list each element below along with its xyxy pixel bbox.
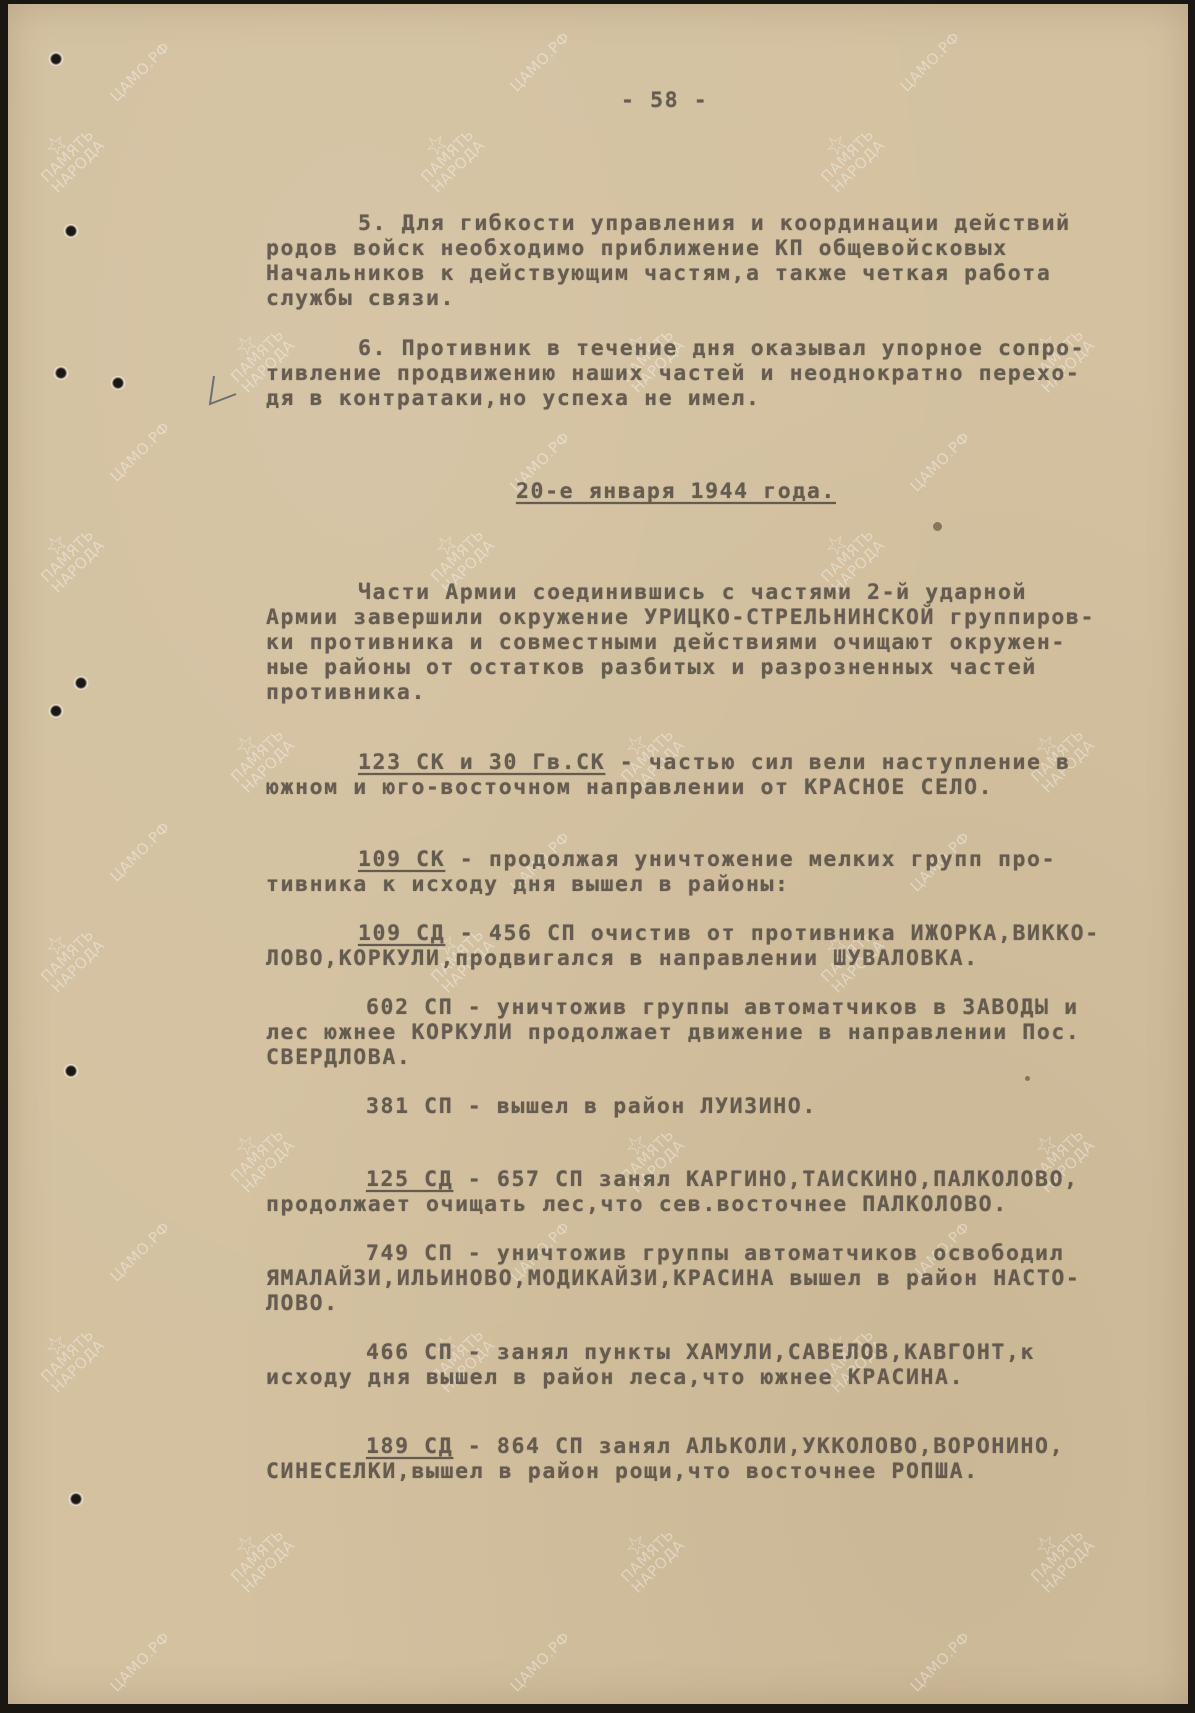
text-line: 749 СП - уничтожив группы автоматчиков о… xyxy=(366,1241,1064,1266)
text-line: дя в контратаки,но успеха не имел. xyxy=(266,386,761,411)
watermark-camo: ЦАМО.РФ xyxy=(898,30,963,95)
text-line: южном и юго-восточном направлении от КРА… xyxy=(266,775,993,800)
ink-speck xyxy=(933,522,942,531)
watermark-pamyat-naroda: ☆ПАМЯТЬНАРОДА xyxy=(28,916,107,995)
unit-label: 123 СК и 30 Гв.СК xyxy=(358,750,605,775)
punch-hole xyxy=(63,224,79,238)
punch-hole xyxy=(110,376,126,390)
watermark-camo: ЦАМО.РФ xyxy=(108,40,173,105)
text-line: Армии завершили окружение УРИЦКО-СТРЕЛЬН… xyxy=(266,605,1095,630)
text-line: лес южнее КОРКУЛИ продолжает движение в … xyxy=(266,1020,1080,1045)
text-line: тивление продвижению наших частей и неод… xyxy=(266,361,1080,386)
text-line: противника. xyxy=(266,680,426,705)
text-line: 125 СД - 657 СП занял КАРГИНО,ТАИСКИНО,П… xyxy=(366,1167,1079,1192)
text-line: 189 СД - 864 СП занял АЛЬКОЛИ,УККОЛОВО,В… xyxy=(366,1434,1064,1459)
watermark-camo: ЦАМО.РФ xyxy=(108,420,173,485)
punch-hole xyxy=(73,676,89,690)
watermark-pamyat-naroda: ☆ПАМЯТЬНАРОДА xyxy=(408,116,487,195)
document-page: ЦАМО.РФ ЦАМО.РФ ЦАМО.РФ ЦАМО.РФ ЦАМО.РФ … xyxy=(8,4,1188,1704)
ink-speck xyxy=(1025,1076,1030,1081)
watermark-pamyat-naroda: ☆ПАМЯТЬНАРОДА xyxy=(28,116,107,195)
text-line: 5. Для гибкости управления и координации… xyxy=(358,211,1071,236)
page-number: - 58 - xyxy=(621,88,708,113)
watermark-pamyat-naroda: ☆ПАМЯТЬНАРОДА xyxy=(218,1116,297,1195)
watermark-camo: ЦАМО.РФ xyxy=(908,430,973,495)
text-line: СВЕРДЛОВА. xyxy=(266,1045,411,1070)
text-line: Начальников к действующим частям,а также… xyxy=(266,261,1051,286)
text-line: СИНЕСЕЛКИ,вышел в район рощи,что восточн… xyxy=(266,1459,979,1484)
text-line: 123 СК и 30 Гв.СК - частью сил вели наст… xyxy=(358,750,1071,775)
text-line: ные районы от остатков разбитых и разроз… xyxy=(266,655,1037,680)
watermark-pamyat-naroda: ☆ПАМЯТЬНАРОДА xyxy=(28,1316,107,1395)
text-line: 466 СП - занял пункты ХАМУЛИ,САВЕЛОВ,КАВ… xyxy=(366,1340,1035,1365)
text-line: службы связи. xyxy=(266,286,455,311)
watermark-pamyat-naroda: ☆ПАМЯТЬНАРОДА xyxy=(808,116,887,195)
punch-hole xyxy=(63,1064,79,1078)
watermark-camo: ЦАМО.РФ xyxy=(108,1630,173,1695)
watermark-pamyat-naroda: ☆ПАМЯТЬНАРОДА xyxy=(1018,1516,1097,1595)
watermark-camo: ЦАМО.РФ xyxy=(108,820,173,885)
punch-hole xyxy=(48,52,64,66)
section-381-sp: 381 СП - вышел в район ЛУИЗИНО. xyxy=(366,1094,817,1119)
unit-label: 109 СД xyxy=(358,921,445,946)
text-line: тивника к исходу дня вышел в районы: xyxy=(266,872,790,897)
text-line: 109 СД - 456 СП очистив от противника ИЖ… xyxy=(358,921,1100,946)
watermark-camo: ЦАМО.РФ xyxy=(508,1630,573,1695)
text-line: ЯМАЛАЙЗИ,ИЛЬИНОВО,МОДИКАЙЗИ,КРАСИНА выше… xyxy=(266,1266,1080,1291)
watermark-camo: ЦАМО.РФ xyxy=(108,1220,173,1285)
watermark-pamyat-naroda: ☆ПАМЯТЬНАРОДА xyxy=(218,1516,297,1595)
text-line: исходу дня вышел в район леса,что южнее … xyxy=(266,1365,964,1390)
unit-label: 125 СД xyxy=(366,1167,453,1192)
unit-label: 189 СД xyxy=(366,1434,453,1459)
punch-hole xyxy=(68,1492,84,1506)
punch-hole xyxy=(48,704,64,718)
text-line: родов войск необходимо приближение КП об… xyxy=(266,236,1008,261)
punch-hole xyxy=(53,366,69,380)
text-line: 109 СК - продолжая уничтожение мелких гр… xyxy=(358,847,1056,872)
text-line: продолжает очищать лес,что сев.восточнее… xyxy=(266,1192,1008,1217)
date-heading: 20-е января 1944 года. xyxy=(516,479,836,504)
text-line: Части Армии соединившись с частями 2-й у… xyxy=(358,580,1027,605)
unit-label: 109 СК xyxy=(358,847,445,872)
text-line: ЛОВО,КОРКУЛИ,продвигался в направлении Ш… xyxy=(266,946,979,971)
text-line: 6. Противник в течение дня оказывал упор… xyxy=(358,336,1085,361)
text-line: 602 СП - уничтожив группы автоматчиков в… xyxy=(366,995,1079,1020)
text-line: ки противника и совместными действиями о… xyxy=(266,630,1066,655)
text-line: ЛОВО. xyxy=(266,1291,339,1316)
watermark-pamyat-naroda: ☆ПАМЯТЬНАРОДА xyxy=(28,516,107,595)
watermark-camo: ЦАМО.РФ xyxy=(508,30,573,95)
watermark-camo: ЦАМО.РФ xyxy=(908,1630,973,1695)
watermark-pamyat-naroda: ☆ПАМЯТЬНАРОДА xyxy=(608,1516,687,1595)
